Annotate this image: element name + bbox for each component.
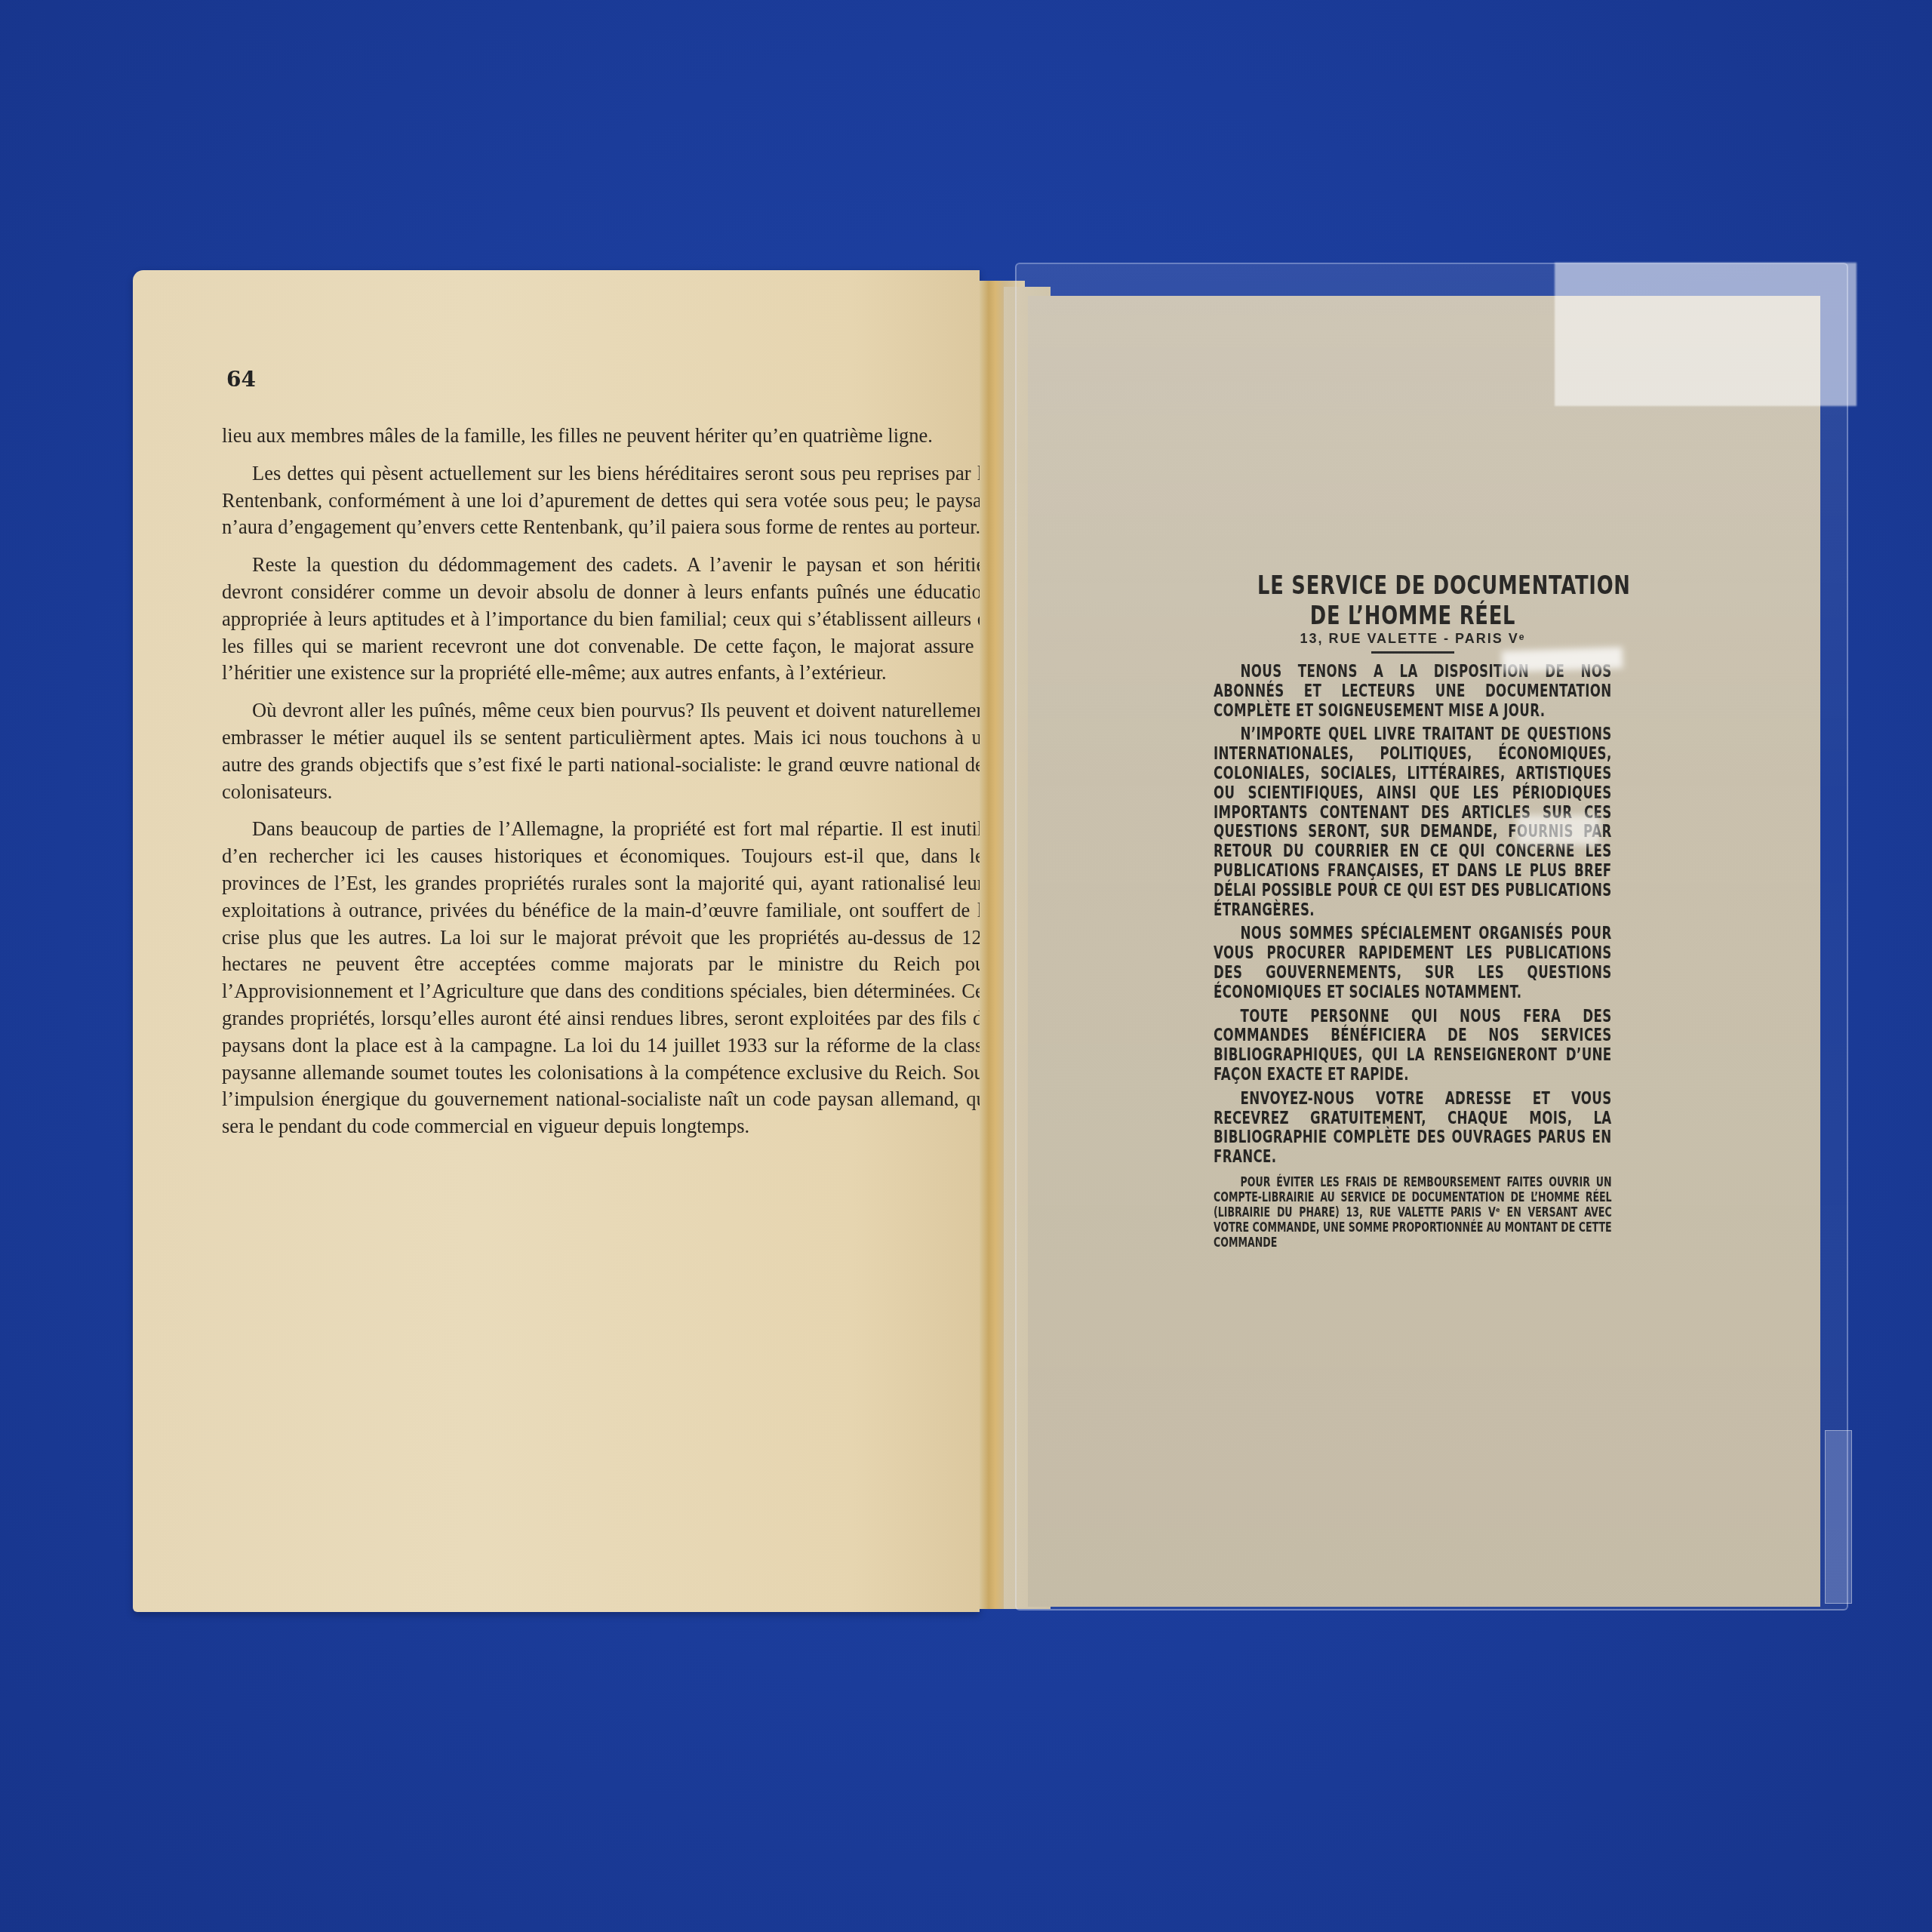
paragraph: Où devront aller les puînés, même ceux b… bbox=[222, 697, 992, 805]
left-page: 64 lieu aux membres mâles de la famille,… bbox=[133, 270, 980, 1612]
paragraph: Reste la question du dédommagement des c… bbox=[222, 552, 992, 687]
plastic-sleeve bbox=[1015, 263, 1848, 1611]
page-number: 64 bbox=[226, 367, 256, 392]
paragraph: Les dettes qui pèsent actuellement sur l… bbox=[222, 460, 992, 541]
left-page-body: lieu aux membres mâles de la famille, le… bbox=[222, 423, 992, 1151]
sleeve-reflection bbox=[1555, 263, 1857, 406]
paragraph: lieu aux membres mâles de la famille, le… bbox=[222, 423, 992, 450]
glare-highlight bbox=[1517, 815, 1600, 845]
paragraph: Dans beaucoup de parties de l’Allemagne,… bbox=[222, 816, 992, 1140]
open-book-photo: 64 lieu aux membres mâles de la famille,… bbox=[0, 0, 1932, 1932]
sleeve-tab bbox=[1825, 1430, 1852, 1604]
glare-highlight bbox=[1502, 647, 1623, 672]
